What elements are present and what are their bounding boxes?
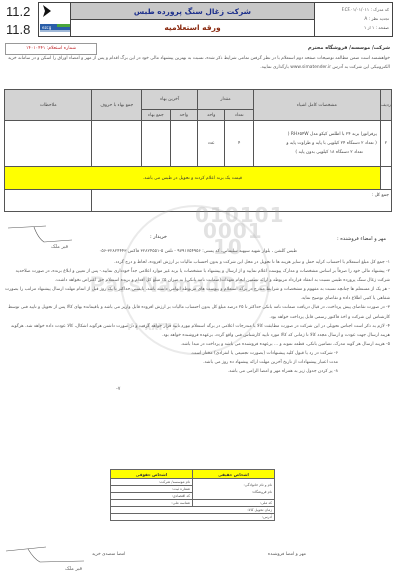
company-logo-icon: ezcg (40, 23, 70, 33)
signature-icon: قبر ملک (4, 543, 84, 573)
items-table: ردیف مشخصات کامل اشیاء مقدار آخرین بهاء … (4, 89, 392, 212)
title-cell: شرکت زغال سنگ پرورده طبس ورقه استعلامیه (71, 3, 315, 36)
spec-line: تعداد ۲ دستگاه ۱۸ کیلویی بدون پایه ) (257, 148, 377, 157)
company-address: طبس گلشن ، بلوار شهید سپهبد سلیمانی، کد … (0, 249, 396, 254)
watermark-digits: 010101 0001 10 (195, 207, 285, 255)
signature-icon: قبر ملک (6, 220, 76, 250)
term-item: ۵- هزینه ارسال هر گونه مدرک، تضامین بانک… (4, 340, 390, 349)
natural-name-cell[interactable]: نام و نام خانوادگی: نام فروشگاه: (193, 479, 275, 500)
national-code-field[interactable]: کد ملی: (193, 500, 275, 507)
header-notes: ملاحظات (5, 90, 92, 121)
arrow-logo-icon (42, 5, 52, 17)
table-row: ۲ پرفراتورا برند ۲۴ با اطلس کیکو مدل RH۶… (5, 121, 392, 167)
header-unit: واحد (198, 110, 225, 121)
svg-text:قبر ملک: قبر ملک (65, 566, 83, 572)
legal-national-id-field[interactable]: شناسه ملی: (111, 500, 193, 507)
header-total-price: جمع بهاء (142, 110, 170, 121)
header-unit-price: واحد (170, 110, 197, 121)
header-quantity: مقدار (198, 90, 254, 110)
term-item: ۳- در صورت تقاضای پیش پرداخت، در قبال در… (4, 303, 390, 321)
spec-line: پرفراتورا برند ۲۴ با اطلس کیکو مدل RH۶۵۴… (257, 130, 377, 139)
empty-cell (380, 167, 391, 190)
header-legal-persons: اشخاص حقوقی (111, 470, 193, 479)
legal-company-field[interactable]: نام موسسه/ شرکت: (111, 479, 193, 486)
highlight-row: قیمت یک برند اعلام کردند و تحویل در طبس … (5, 167, 392, 190)
delivery-time-field[interactable]: زمان تحویل کالا: (111, 507, 275, 514)
term-item: مدت اعتبار پیشنهادات از تاریخ آخرین مهلت… (4, 358, 390, 367)
unit-price-cell[interactable] (170, 121, 197, 167)
item-count: ۴ (225, 121, 253, 167)
header-row-no: ردیف (380, 90, 391, 121)
term-item: ۸- پر کردن جدول زیر به همراه مهر و امضا … (4, 367, 390, 376)
total-price-cell[interactable] (142, 121, 170, 167)
grand-total-value[interactable] (5, 190, 92, 212)
term-item: ۲- پیشنهاد مالی خود را صرفاً بر اساس مشخ… (4, 267, 390, 285)
row-number: ۲ (380, 121, 391, 167)
term-item: - هر یک از مستعلم ها چنانچه نسبت به مفهو… (4, 285, 390, 303)
document-meta: کد مدرک : F.CF.۰۱/۰۱/۰۱۱ تجدید نظر : A ص… (319, 5, 389, 32)
intro-text: خواهشمند است ضمن مطالعه توضیحات صفحه دوم… (5, 54, 390, 72)
item-unit: عدد (198, 121, 225, 167)
term-item: ۶- شرکت در رد یا قبول کلیه پیشنهادات (بص… (4, 349, 390, 358)
total-words-cell[interactable] (92, 121, 142, 167)
revision: تجدید نظر : A (319, 14, 389, 23)
terms-list: ۱- جمع کل مبلغ استعلام با احتساب کرایه ح… (4, 258, 390, 376)
header-natural-persons: اشخاص حقیقی (193, 470, 275, 479)
page-number: صفحه : ۱ از ۱ (319, 23, 389, 32)
legal-registration-field[interactable]: شماره ثبت: (111, 486, 193, 493)
term-number-7: -۷ (116, 386, 121, 392)
company-name: شرکت زغال سنگ پرورده طبس (71, 3, 314, 20)
seller-signature-label: مهر و امضاء فروشنده : (337, 236, 386, 242)
notes-cell[interactable] (5, 121, 92, 167)
header-last-price: آخرین بهاء (142, 90, 198, 110)
form-title: ورقه استعلامیه (71, 20, 314, 36)
svg-text:ezcg: ezcg (42, 25, 52, 30)
address-field[interactable]: آدرس: (111, 514, 275, 521)
side-number-top: 11.2 (6, 4, 30, 19)
legal-economic-code-field[interactable]: کد اقتصادی: (111, 493, 193, 500)
spec-line: ( تعداد ۲ دستگاه ۲۴ کیلویی با پایه و ظرا… (257, 139, 377, 148)
vendor-info-table: اشخاص حقیقی اشخاص حقوقی نام و نام خانواد… (110, 469, 275, 521)
doc-code: کد مدرک : F.CF.۰۱/۰۱/۰۱۱ (319, 5, 389, 14)
bottom-buyer-signature: امضا متصدی خرید (92, 552, 125, 557)
delivery-note: قیمت یک برند اعلام کردند و تحویل در طبس … (5, 167, 381, 190)
header-count: تعداد (225, 110, 253, 121)
bottom-seller-signature: مهر و امضا فروشنده (268, 552, 306, 557)
side-number-bottom: 11.8 (6, 22, 30, 37)
term-item: ۴- لازم به ذکر است اجناس تحویلی در این ش… (4, 322, 390, 340)
buyer-signature-label: خریدار : (150, 234, 167, 240)
header-spec: مشخصات کامل اشیاء (253, 90, 380, 121)
document-header: شرکت زغال سنگ پرورده طبس ورقه استعلامیه … (38, 2, 393, 37)
term-item: ۱- جمع کل مبلغ استعلام با احتساب کرایه ح… (4, 258, 390, 267)
item-spec: پرفراتورا برند ۲۴ با اطلس کیکو مدل RH۶۵۴… (253, 121, 380, 167)
header-total-words: جمع بهاء با حروف (92, 90, 142, 121)
greeting: شرکت/ موسسه/ فروشگاه محترم (308, 45, 390, 51)
